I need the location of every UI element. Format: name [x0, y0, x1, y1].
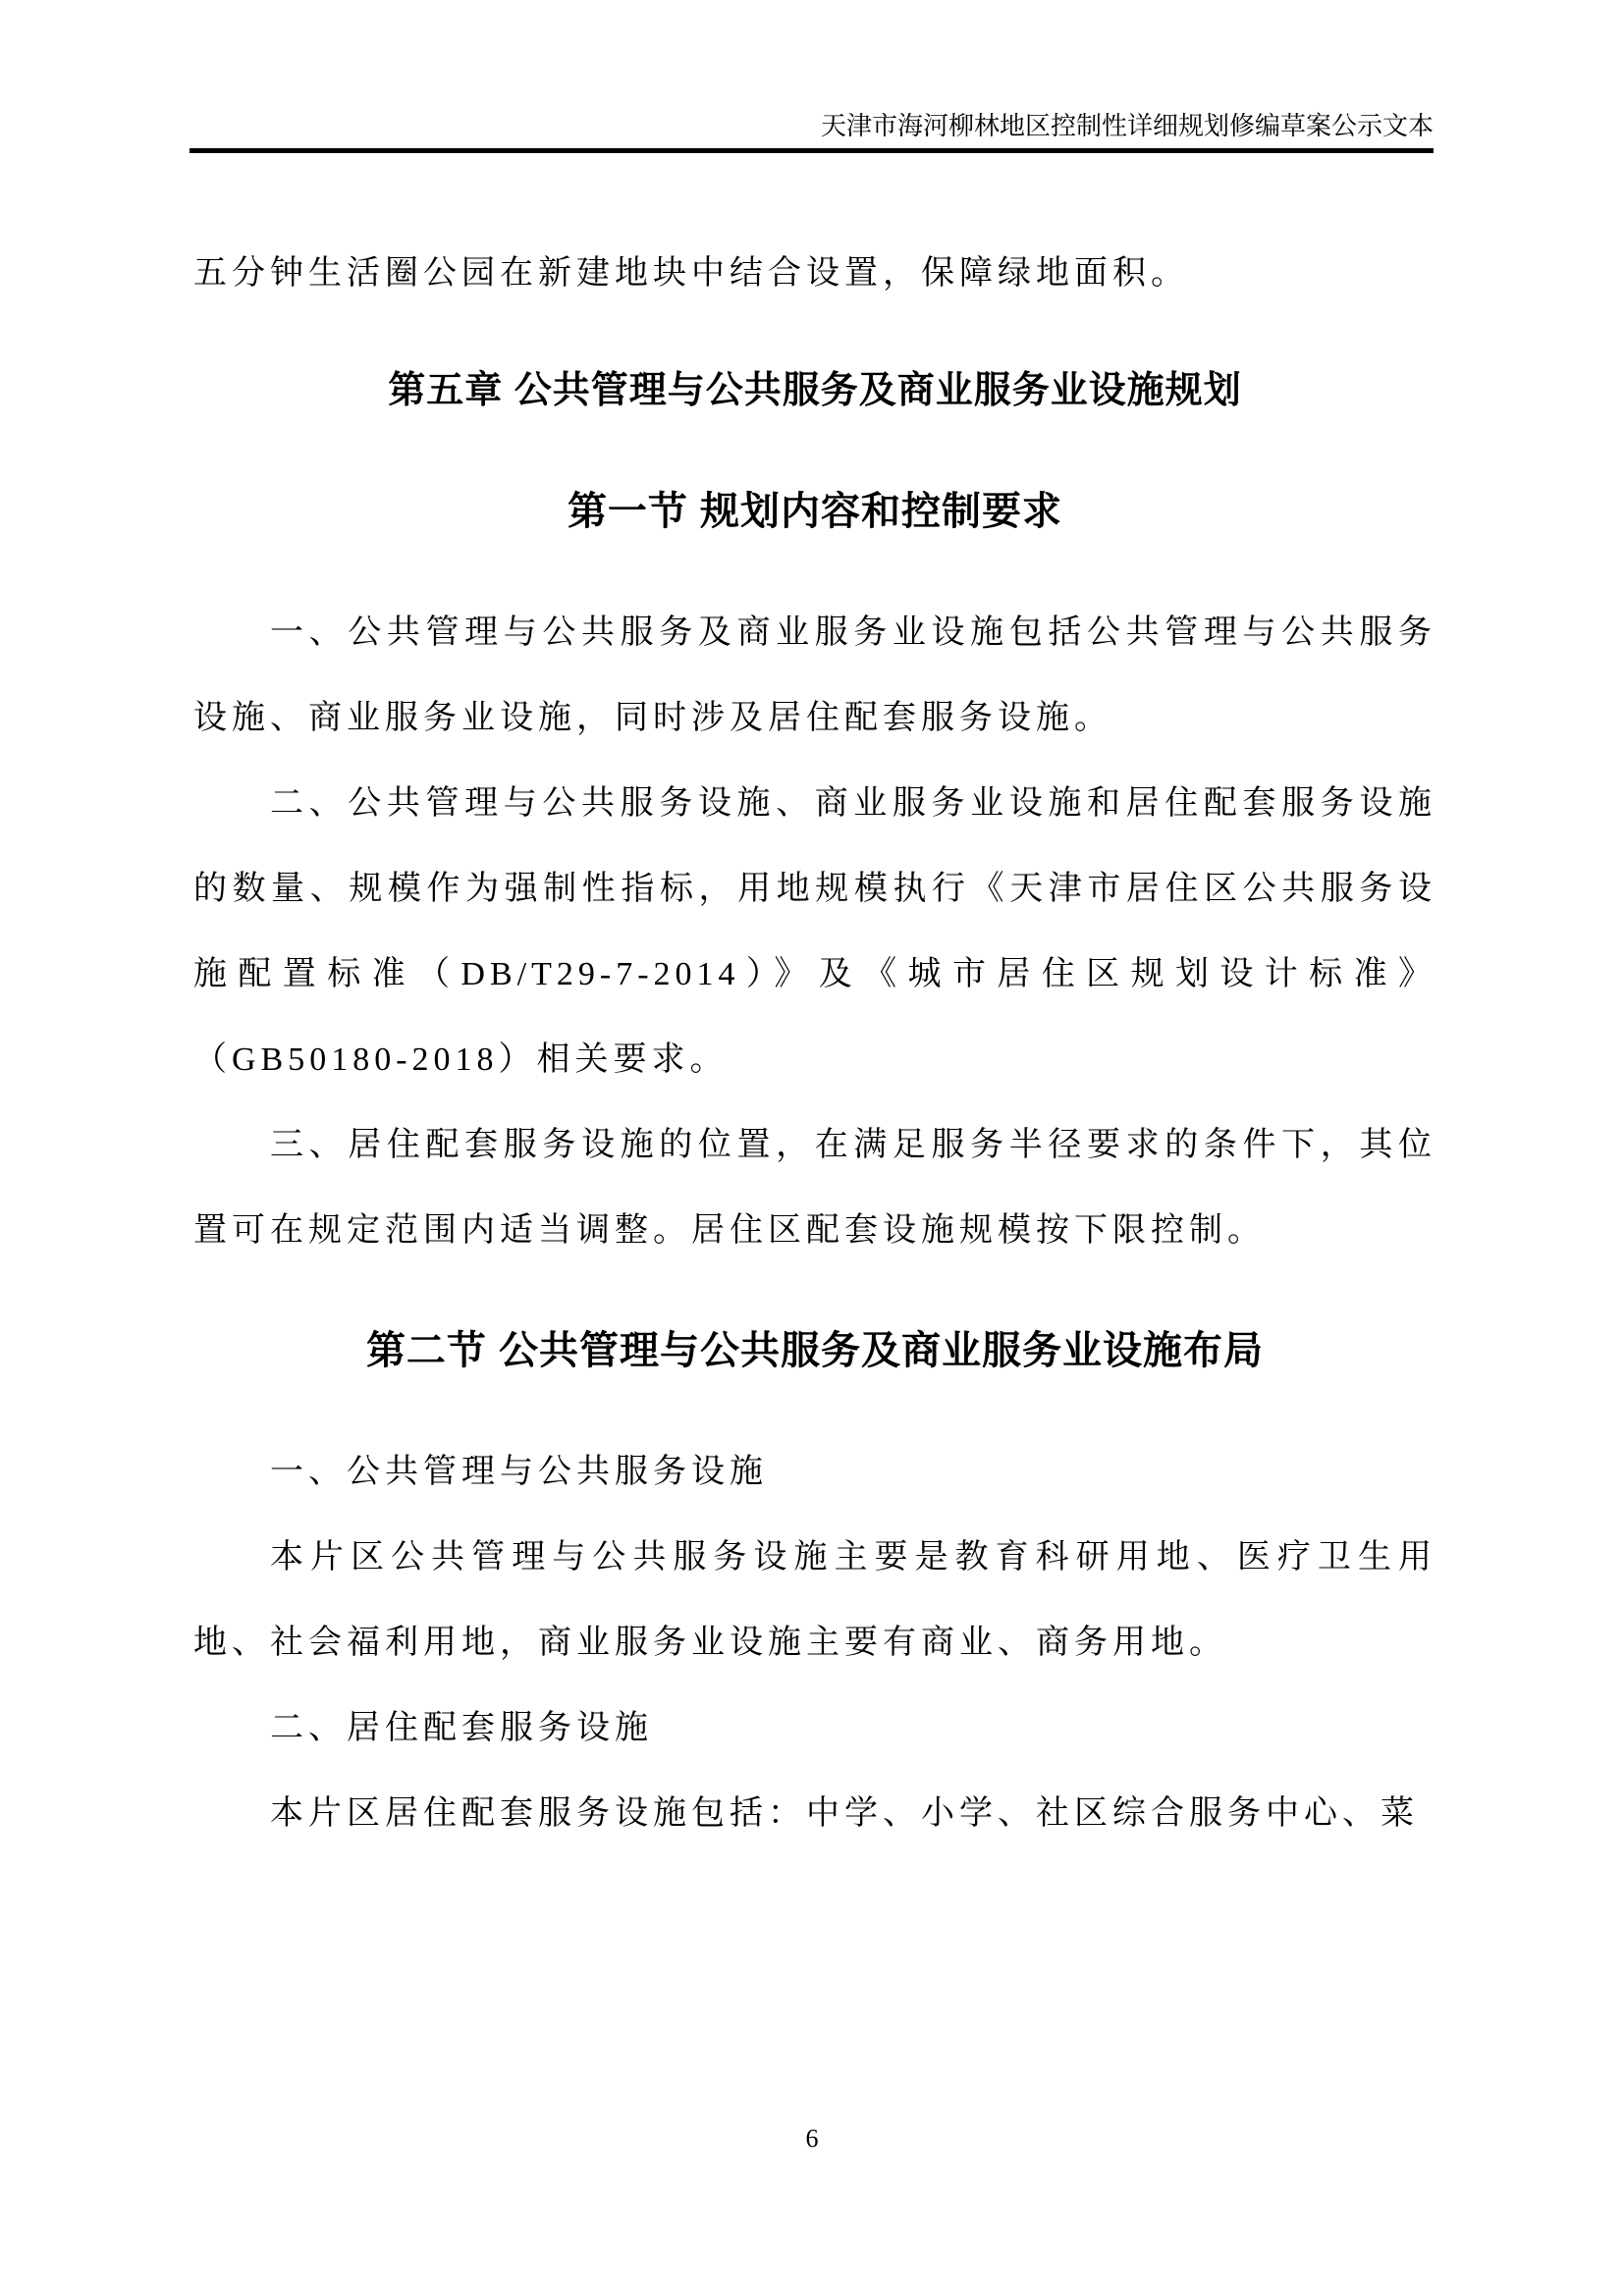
section-2-paragraph-4: 本片区居住配套服务设施包括：中学、小学、社区综合服务中心、菜 [193, 1771, 1436, 1856]
section-2-heading: 第二节 公共管理与公共服务及商业服务业设施布局 [193, 1308, 1436, 1394]
section-1-paragraph-3: 三、居住配套服务设施的位置，在满足服务半径要求的条件下，其位置可在规定范围内适当… [193, 1102, 1436, 1273]
document-content: 五分钟生活圈公园在新建地块中结合设置，保障绿地面积。 第五章 公共管理与公共服务… [193, 231, 1436, 1856]
section-1-heading: 第一节 规划内容和控制要求 [193, 469, 1436, 555]
section-2-paragraph-1: 一、公共管理与公共服务设施 [193, 1429, 1436, 1515]
section-1-paragraph-1: 一、公共管理与公共服务及商业服务业设施包括公共管理与公共服务设施、商业服务业设施… [193, 590, 1436, 761]
section-2-paragraph-2: 本片区公共管理与公共服务设施主要是教育科研用地、医疗卫生用地、社会福利用地，商业… [193, 1515, 1436, 1685]
header-title: 天津市海河柳林地区控制性详细规划修编草案公示文本 [189, 110, 1434, 143]
section-2-paragraph-3: 二、居住配套服务设施 [193, 1685, 1436, 1771]
section-1-paragraph-2: 二、公共管理与公共服务设施、商业服务业设施和居住配套服务设施的数量、规模作为强制… [193, 761, 1436, 1102]
header-rule [189, 148, 1434, 153]
document-page: 天津市海河柳林地区控制性详细规划修编草案公示文本 五分钟生活圈公园在新建地块中结… [0, 0, 1624, 2296]
paragraph-intro: 五分钟生活圈公园在新建地块中结合设置，保障绿地面积。 [193, 231, 1436, 316]
page-number: 6 [0, 2122, 1624, 2156]
chapter-heading: 第五章 公共管理与公共服务及商业服务业设施规划 [193, 348, 1436, 434]
